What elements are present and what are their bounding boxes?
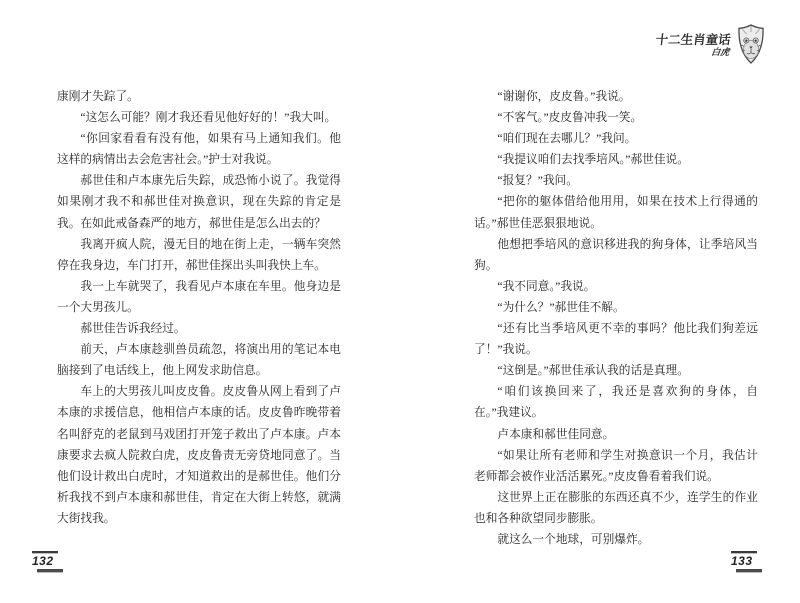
paragraph: “我提议咱们去找季培风。”郝世佳说。 — [474, 149, 758, 170]
paragraph: 他想把季培风的意识移进我的狗身体，让季培风当狗。 — [474, 234, 758, 276]
page-number-badge-left: 132 — [30, 551, 62, 572]
series-title: 十二生肖童话 — [655, 33, 731, 47]
badge-rule-bottom — [736, 569, 762, 572]
paragraph: “咱们该换回来了，我还是喜欢狗的身体，自在。”我建议。 — [474, 381, 758, 423]
paragraph: 就这么一个地球，可别爆炸。 — [474, 529, 758, 550]
paragraph: “咱们现在去哪儿？”我问。 — [474, 128, 758, 149]
paragraph: “报复？”我问。 — [474, 170, 758, 191]
paragraph: 我离开疯人院，漫无目的地在街上走，一辆车突然停在我身边，车门打开，郝世佳探出头叫… — [57, 234, 341, 276]
paragraph: “我不同意。”我说。 — [474, 276, 758, 297]
header-titles: 十二生肖童话 白虎 — [654, 33, 732, 59]
page-number: 132 — [30, 553, 62, 568]
paragraph: “这怎么可能？刚才我还看见他好好的！”我大叫。 — [57, 107, 341, 128]
paragraph: “把你的躯体借给他用用，如果在技术上行得通的话。”郝世佳恶狠狠地说。 — [474, 191, 758, 233]
page-number-badge-right: 133 — [729, 551, 761, 572]
paragraph: “不客气。”皮皮鲁冲我一笑。 — [474, 107, 758, 128]
scanned-book-spread: { "header": { "series_title": "十二生肖童话", … — [0, 0, 800, 603]
paragraph: “这倒是。”郝世佳承认我的话是真理。 — [474, 360, 758, 381]
paragraph: “谢谢你，皮皮鲁。”我说。 — [474, 86, 758, 107]
paragraph: 卢本康和郝世佳同意。 — [474, 424, 758, 445]
paragraph: “如果让所有老师和学生对换意识一个月，我估计老师都会被作业活活累死。”皮皮鲁看着… — [474, 445, 758, 487]
paragraph: “你回家看看有没有他，如果有马上通知我们。他这样的病情出去会危害社会。”护士对我… — [57, 128, 341, 170]
paragraph: 车上的大男孩儿叫皮皮鲁。皮皮鲁从网上看到了卢本康的求援信息，他相信卢本康的话。皮… — [57, 381, 341, 529]
book-header: 十二生肖童话 白虎 — [655, 24, 765, 64]
paragraph: 郝世佳告诉我经过。 — [57, 318, 341, 339]
paragraph: 康刚才失踪了。 — [57, 86, 341, 107]
volume-title: 白虎 — [654, 48, 730, 59]
paragraph: “还有比当季培风更不幸的事吗？他比我们狗差远了！”我说。 — [474, 318, 758, 360]
paragraph: 这世界上正在膨胀的东西还真不少，连学生的作业也和各种欲望同步膨胀。 — [474, 487, 758, 529]
left-page-text: 康刚才失踪了。“这怎么可能？刚才我还看见他好好的！”我大叫。“你回家看看有没有他… — [57, 86, 341, 529]
paragraph: 郝世佳和卢本康先后失踪，成恐怖小说了。我觉得如果刚才我不和郝世佳对换意识，现在失… — [57, 170, 341, 233]
badge-rule-bottom — [37, 569, 63, 572]
page-number: 133 — [729, 553, 761, 568]
paragraph: “为什么？”郝世佳不解。 — [474, 297, 758, 318]
paragraph: 我一上车就哭了，我看见卢本康在车里。他身边是一个大男孩儿。 — [57, 276, 341, 318]
paragraph: 前天，卢本康趁驯兽员疏忽，将演出用的笔记本电脑接到了电话线上，他上网发求助信息。 — [57, 339, 341, 381]
right-page-text: “谢谢你，皮皮鲁。”我说。“不客气。”皮皮鲁冲我一笑。“咱们现在去哪儿？”我问。… — [474, 86, 758, 550]
tiger-shield-icon — [737, 24, 765, 64]
